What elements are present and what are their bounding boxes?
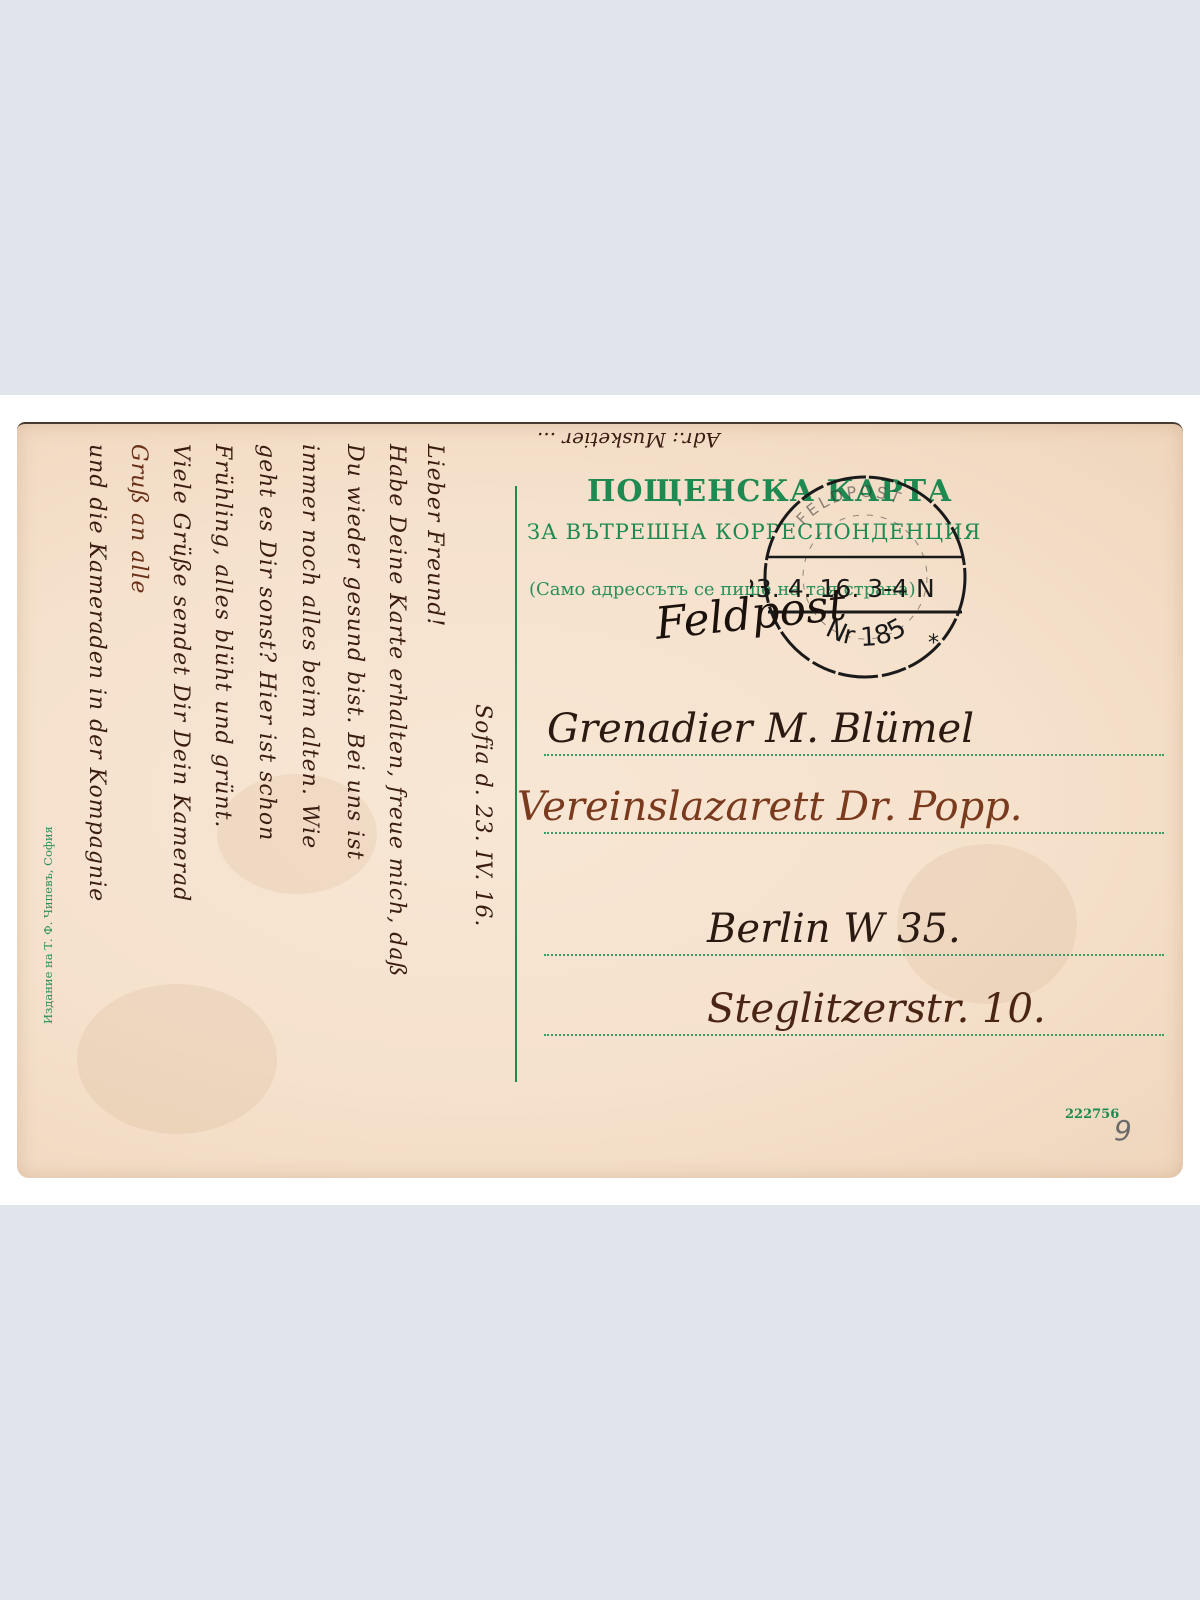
card-serial-number: 222756 <box>1065 1107 1119 1122</box>
message-line: Du wieder gesund bist. Bei uns ist <box>342 444 367 860</box>
message-line: Frühling, alles blüht und grünt. <box>210 444 235 828</box>
address-dotted-line <box>544 832 1164 834</box>
message-line: Viele Grüße sendet Dir Dein Kamerad <box>168 444 193 902</box>
message-line: Gruß an alle <box>126 444 151 594</box>
address-institution: Vereinslazarett Dr. Popp. <box>517 784 1023 830</box>
message-line: und die Kameraden in der Kompagnie <box>84 444 109 902</box>
feldpost-postmark: FELDPOST 23. 4. 16. 3-4 N Nr 185 * <box>750 462 980 692</box>
publisher-imprint: Издание на Т. Ф. Чипевъ, София <box>41 826 55 1024</box>
message-line: immer noch alles beim alten. Wie <box>297 444 322 849</box>
top-edge-message: Adr.: Musketier ... <box>537 428 720 452</box>
address-dotted-line <box>544 954 1164 956</box>
pencil-mark: 9 <box>1114 1114 1132 1147</box>
paper-stain <box>77 984 277 1134</box>
address-street: Steglitzerstr. 10. <box>707 986 1046 1032</box>
svg-text:*: * <box>928 631 939 656</box>
address-city: Berlin W 35. <box>707 906 961 952</box>
message-line: geht es Dir sonst? Hier ist schon <box>254 444 279 841</box>
svg-text:FELDPOST: FELDPOST <box>792 482 906 529</box>
message-line: Habe Deine Karte erhalten, freue mich, d… <box>384 444 409 977</box>
address-dotted-line <box>544 754 1164 756</box>
message-salutation: Lieber Freund! <box>422 444 447 627</box>
address-dotted-line <box>544 1034 1164 1036</box>
address-recipient: Grenadier M. Blümel <box>547 706 974 752</box>
postcard: ПОЩЕНСКА КАРТА ЗА ВЪТРЕШНА КОРРЕСПОНДЕНЦ… <box>17 422 1183 1178</box>
message-place-date: Sofia d. 23. IV. 16. <box>470 704 495 927</box>
